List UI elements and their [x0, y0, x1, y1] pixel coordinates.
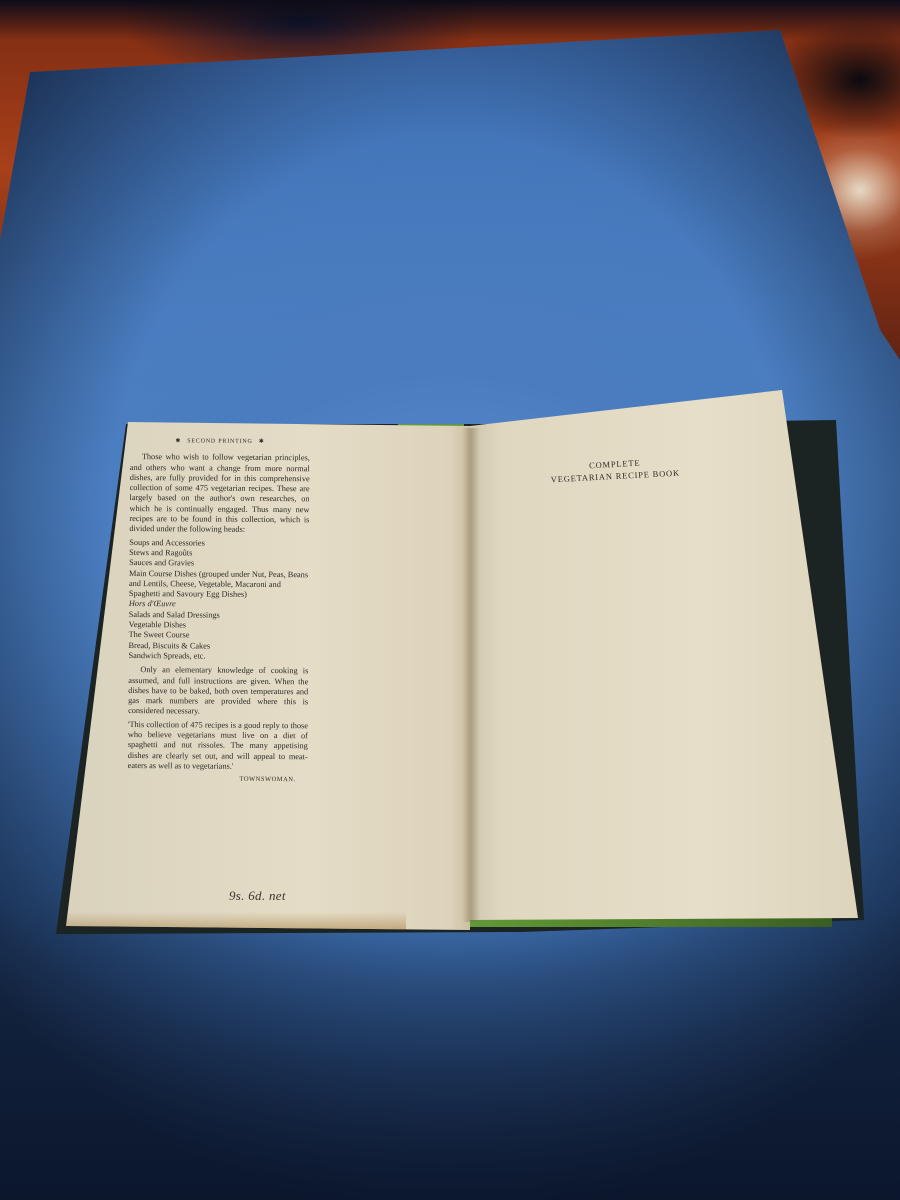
star-ornament-icon: ✱ — [175, 438, 181, 444]
section-item: Sandwich Spreads, etc. — [128, 651, 308, 663]
section-item: Main Course Dishes (grouped under Nut, P… — [129, 569, 309, 601]
review-quote: 'This collection of 475 recipes is a goo… — [128, 720, 308, 773]
section-item: Sauces and Gravies — [129, 558, 309, 570]
banner-text: SECOND PRINTING — [187, 438, 253, 444]
flap-instructions: Only an elementary knowledge of cooking … — [128, 665, 308, 718]
printing-banner: ✱SECOND PRINTING✱ — [130, 436, 310, 448]
star-ornament-icon: ✱ — [259, 439, 265, 445]
book-gutter — [462, 428, 480, 922]
jacket-flap-text: ✱SECOND PRINTING✱ Those who wish to foll… — [128, 436, 310, 786]
open-book: ✱SECOND PRINTING✱ Those who wish to foll… — [0, 0, 900, 1200]
flap-intro: Those who wish to follow vegetarian prin… — [129, 452, 310, 536]
section-item: The Sweet Course — [129, 630, 309, 642]
price-label: 9s. 6d. net — [229, 888, 286, 904]
section-list: Soups and Accessories Stews and Ragoûts … — [128, 538, 309, 663]
review-source: TOWNSWOMAN. — [128, 774, 308, 786]
